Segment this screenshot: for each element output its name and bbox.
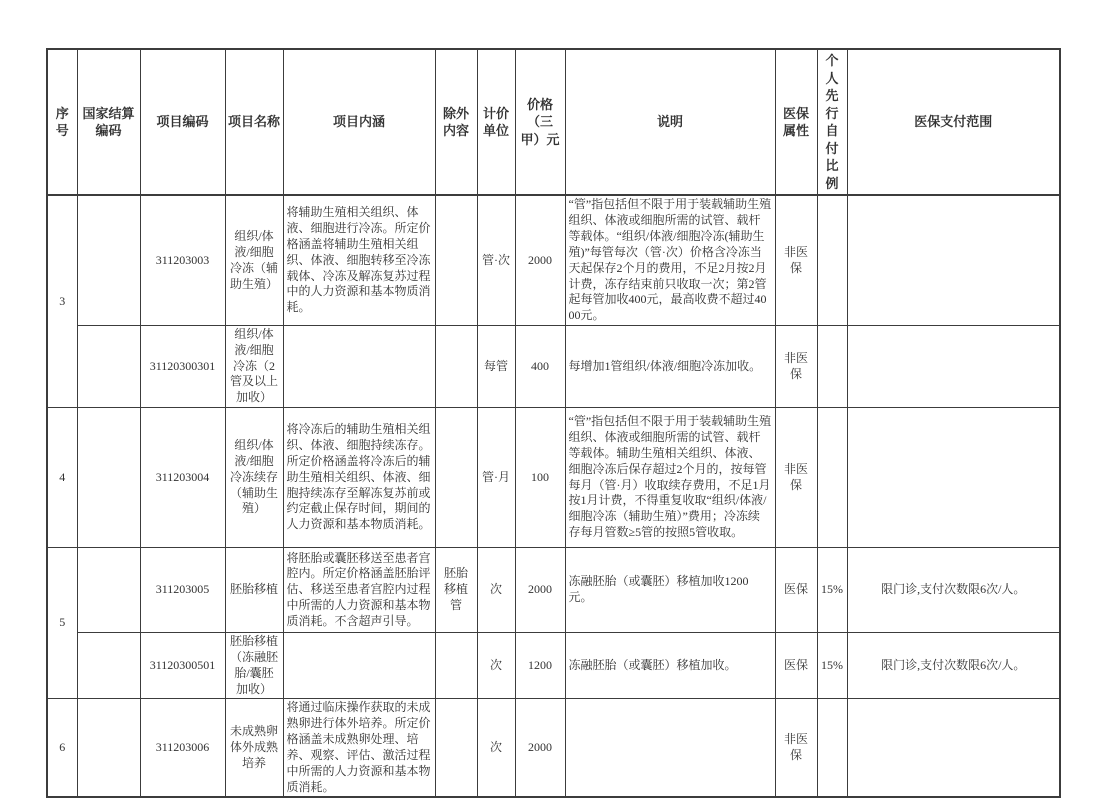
cell-unit: 次 bbox=[477, 633, 515, 699]
cell-project-name: 组织/体液/细胞冷冻（辅助生殖） bbox=[225, 195, 283, 325]
cell-self-pay-ratio: 15% bbox=[817, 548, 847, 633]
column-header-national-code: 国家结算编码 bbox=[77, 49, 140, 195]
cell-insurance-attr: 医保 bbox=[775, 633, 817, 699]
cell-seq: 6 bbox=[47, 699, 77, 797]
table-row-3: 3311203003组织/体液/细胞冷冻（辅助生殖）将辅助生殖相关组织、体液、细… bbox=[47, 195, 1060, 325]
cell-national-code bbox=[77, 408, 140, 548]
cell-insurance-attr: 医保 bbox=[775, 548, 817, 633]
cell-payment-scope bbox=[847, 326, 1060, 408]
cell-unit: 管·月 bbox=[477, 408, 515, 548]
cell-description bbox=[565, 699, 775, 797]
table-header: 序号国家结算编码项目编码项目名称项目内涵除外内容计价单位价格（三甲）元说明医保属… bbox=[47, 49, 1060, 195]
cell-project-name: 胚胎移植（冻融胚胎/囊胚加收） bbox=[225, 633, 283, 699]
cell-project-name: 胚胎移植 bbox=[225, 548, 283, 633]
cell-project-name: 未成熟卵体外成熟培养 bbox=[225, 699, 283, 797]
table-body: 3311203003组织/体液/细胞冷冻（辅助生殖）将辅助生殖相关组织、体液、细… bbox=[47, 195, 1060, 797]
cell-self-pay-ratio bbox=[817, 195, 847, 325]
table-row-4: 4311203004组织/体液/细胞冷冻续存（辅助生殖）将冷冻后的辅助生殖相关组… bbox=[47, 408, 1060, 548]
cell-payment-scope bbox=[847, 408, 1060, 548]
document-page: 序号国家结算编码项目编码项目名称项目内涵除外内容计价单位价格（三甲）元说明医保属… bbox=[0, 0, 1102, 735]
cell-national-code bbox=[77, 633, 140, 699]
cell-unit: 每管 bbox=[477, 326, 515, 408]
cell-project-code: 311203004 bbox=[140, 408, 225, 548]
column-header-description: 说明 bbox=[565, 49, 775, 195]
cell-project-code: 31120300501 bbox=[140, 633, 225, 699]
cell-insurance-attr: 非医保 bbox=[775, 195, 817, 325]
cell-self-pay-ratio bbox=[817, 326, 847, 408]
cell-project-content: 将辅助生殖相关组织、体液、细胞进行冷冻。所定价格涵盖将辅助生殖相关组织、体液、细… bbox=[283, 195, 435, 325]
table-row-6: 6311203006未成熟卵体外成熟培养将通过临床操作获取的未成熟卵进行体外培养… bbox=[47, 699, 1060, 797]
cell-project-code: 311203006 bbox=[140, 699, 225, 797]
cell-project-code: 311203003 bbox=[140, 195, 225, 325]
cell-project-name: 组织/体液/细胞冷冻续存（辅助生殖） bbox=[225, 408, 283, 548]
table-row-3-addon: 31120300301组织/体液/细胞冷冻（2管及以上加收）每管400每增加1管… bbox=[47, 326, 1060, 408]
cell-national-code bbox=[77, 699, 140, 797]
cell-seq: 4 bbox=[47, 408, 77, 548]
cell-excluded bbox=[435, 699, 477, 797]
cell-project-content bbox=[283, 326, 435, 408]
column-header-project-code: 项目编码 bbox=[140, 49, 225, 195]
cell-self-pay-ratio bbox=[817, 699, 847, 797]
column-header-insurance-attr: 医保属性 bbox=[775, 49, 817, 195]
cell-insurance-attr: 非医保 bbox=[775, 326, 817, 408]
column-header-unit: 计价单位 bbox=[477, 49, 515, 195]
cell-unit: 管·次 bbox=[477, 195, 515, 325]
cell-seq: 5 bbox=[47, 548, 77, 699]
cell-price: 2000 bbox=[515, 548, 565, 633]
cell-description: 冻融胚胎（或囊胚）移植加收1200元。 bbox=[565, 548, 775, 633]
cell-payment-scope: 限门诊,支付次数限6次/人。 bbox=[847, 548, 1060, 633]
cell-project-content: 将通过临床操作获取的未成熟卵进行体外培养。所定价格涵盖未成熟卵处理、培养、观察、… bbox=[283, 699, 435, 797]
cell-excluded: 胚胎移植管 bbox=[435, 548, 477, 633]
cell-national-code bbox=[77, 548, 140, 633]
cell-project-content: 将胚胎或囊胚移送至患者宫腔内。所定价格涵盖胚胎评估、移送至患者宫腔内过程中所需的… bbox=[283, 548, 435, 633]
cell-project-code: 311203005 bbox=[140, 548, 225, 633]
cell-project-name: 组织/体液/细胞冷冻（2管及以上加收） bbox=[225, 326, 283, 408]
cell-price: 400 bbox=[515, 326, 565, 408]
column-header-payment-scope: 医保支付范围 bbox=[847, 49, 1060, 195]
cell-description: 每增加1管组织/体液/细胞冷冻加收。 bbox=[565, 326, 775, 408]
cell-excluded bbox=[435, 326, 477, 408]
table-row-5-addon: 31120300501胚胎移植（冻融胚胎/囊胚加收）次1200冻融胚胎（或囊胚）… bbox=[47, 633, 1060, 699]
cell-national-code bbox=[77, 326, 140, 408]
cell-excluded bbox=[435, 195, 477, 325]
cell-unit: 次 bbox=[477, 548, 515, 633]
cell-seq: 3 bbox=[47, 195, 77, 407]
cell-project-content: 将冷冻后的辅助生殖相关组织、体液、细胞持续冻存。所定价格涵盖将冷冻后的辅助生殖相… bbox=[283, 408, 435, 548]
cell-price: 2000 bbox=[515, 699, 565, 797]
cell-price: 1200 bbox=[515, 633, 565, 699]
column-header-seq: 序号 bbox=[47, 49, 77, 195]
cell-excluded bbox=[435, 408, 477, 548]
cell-project-content bbox=[283, 633, 435, 699]
column-header-price: 价格（三甲）元 bbox=[515, 49, 565, 195]
column-header-self-pay-ratio: 个人先行自付比例 bbox=[817, 49, 847, 195]
column-header-excluded: 除外内容 bbox=[435, 49, 477, 195]
cell-self-pay-ratio: 15% bbox=[817, 633, 847, 699]
cell-description: 冻融胚胎（或囊胚）移植加收。 bbox=[565, 633, 775, 699]
cell-payment-scope bbox=[847, 699, 1060, 797]
cell-payment-scope: 限门诊,支付次数限6次/人。 bbox=[847, 633, 1060, 699]
cell-national-code bbox=[77, 195, 140, 325]
cell-description: “管”指包括但不限于用于装载辅助生殖组织、体液或细胞所需的试管、载杆等载体。辅助… bbox=[565, 408, 775, 548]
cell-price: 100 bbox=[515, 408, 565, 548]
cell-unit: 次 bbox=[477, 699, 515, 797]
table-row-5: 5311203005胚胎移植将胚胎或囊胚移送至患者宫腔内。所定价格涵盖胚胎评估、… bbox=[47, 548, 1060, 633]
cell-price: 2000 bbox=[515, 195, 565, 325]
medical-fee-schedule-table: 序号国家结算编码项目编码项目名称项目内涵除外内容计价单位价格（三甲）元说明医保属… bbox=[46, 48, 1061, 798]
cell-self-pay-ratio bbox=[817, 408, 847, 548]
column-header-project-name: 项目名称 bbox=[225, 49, 283, 195]
cell-excluded bbox=[435, 633, 477, 699]
column-header-project-content: 项目内涵 bbox=[283, 49, 435, 195]
table-header-row: 序号国家结算编码项目编码项目名称项目内涵除外内容计价单位价格（三甲）元说明医保属… bbox=[47, 49, 1060, 195]
cell-insurance-attr: 非医保 bbox=[775, 408, 817, 548]
cell-payment-scope bbox=[847, 195, 1060, 325]
cell-insurance-attr: 非医保 bbox=[775, 699, 817, 797]
cell-description: “管”指包括但不限于用于装载辅助生殖组织、体液或细胞所需的试管、载杆等载体。“组… bbox=[565, 195, 775, 325]
cell-project-code: 31120300301 bbox=[140, 326, 225, 408]
